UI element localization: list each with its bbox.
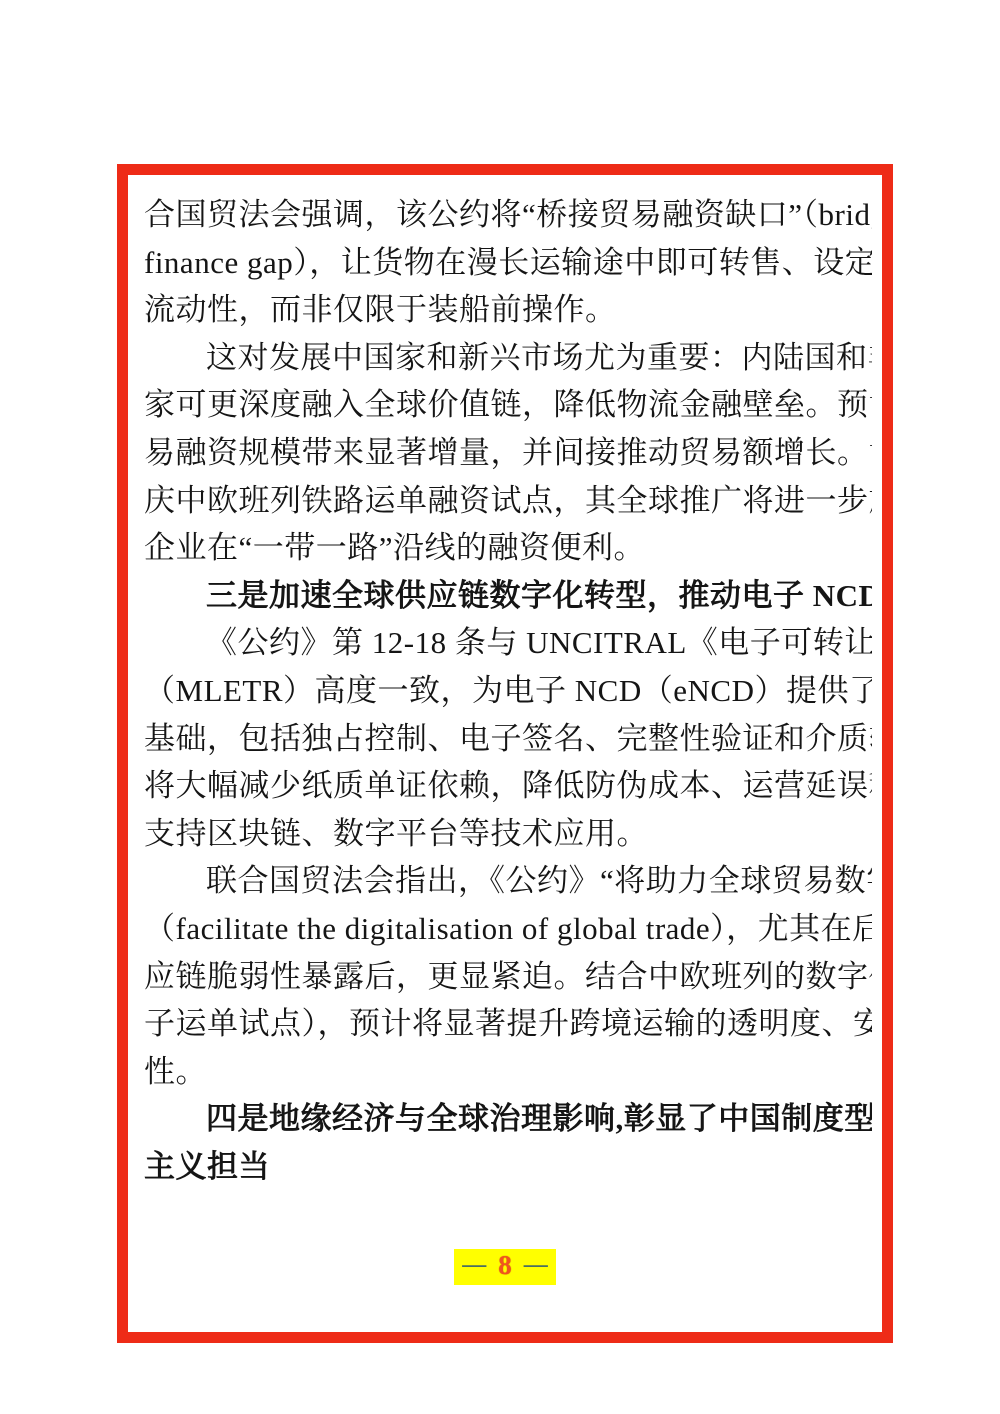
text-line: 三是加速全球供应链数字化转型，推动电子 NCD 普及	[144, 572, 872, 620]
text-line: 联合国贸法会指出，《公约》“将助力全球贸易数字化转型”	[144, 857, 872, 905]
text-line: 子运单试点），预计将显著提升跨境运输的透明度、安全性和环保	[144, 1000, 872, 1048]
text-line: finance gap），让货物在漫长运输途中即可转售、设定担保或释放	[144, 239, 872, 287]
page-number-highlight: — 8 —	[454, 1249, 556, 1285]
text-line: 《公约》第 12-18 条与 UNCITRAL《电子可转让记录示范法》	[144, 619, 872, 667]
text-line: （facilitate the digitalisation of global…	[144, 905, 872, 953]
text-line: 将大幅减少纸质单证依赖，降低防伪成本、运营延误和人为错误，	[144, 762, 872, 810]
document-page: 合国贸法会强调，该公约将“桥接贸易融资缺口”（bridge the tradef…	[0, 0, 1000, 1414]
text-line: 合国贸法会强调，该公约将“桥接贸易融资缺口”（bridge the trade	[144, 191, 872, 239]
text-line: （MLETR）高度一致，为电子 NCD（eNCD）提供了可靠的法律	[144, 667, 872, 715]
text-line: 家可更深度融入全球价值链，降低物流金融壁垒。预计将为全球贸	[144, 381, 872, 429]
text-line: 应链脆弱性暴露后，更显紧迫。结合中欧班列的数字化实践（如电	[144, 953, 872, 1001]
page-number-dash-left: —	[462, 1252, 486, 1278]
document-body: 合国贸法会强调，该公约将“桥接贸易融资缺口”（bridge the tradef…	[144, 191, 872, 1190]
text-line: 四是地缘经济与全球治理影响,彰显了中国制度型开放与多边	[144, 1095, 872, 1143]
text-line: 主义担当	[144, 1143, 872, 1191]
text-line: 基础，包括独占控制、电子签名、完整性验证和介质转换规则。这	[144, 715, 872, 763]
text-line: 这对发展中国家和新兴市场尤为重要：内陆国和非洲、中亚国	[144, 334, 872, 382]
page-number: 8	[498, 1250, 512, 1280]
page-number-dash-right: —	[524, 1252, 548, 1278]
text-line: 庆中欧班列铁路运单融资试点，其全球推广将进一步放大中国中小	[144, 477, 872, 525]
text-line: 性。	[144, 1048, 872, 1096]
page-border-frame: 合国贸法会强调，该公约将“桥接贸易融资缺口”（bridge the tradef…	[117, 164, 893, 1343]
page-number-footer: — 8 —	[128, 1249, 882, 1285]
text-line: 企业在“一带一路”沿线的融资便利。	[144, 524, 872, 572]
text-line: 易融资规模带来显著增量，并间接推动贸易额增长。该公约源于重	[144, 429, 872, 477]
text-line: 流动性，而非仅限于装船前操作。	[144, 286, 872, 334]
text-line: 支持区块链、数字平台等技术应用。	[144, 810, 872, 858]
